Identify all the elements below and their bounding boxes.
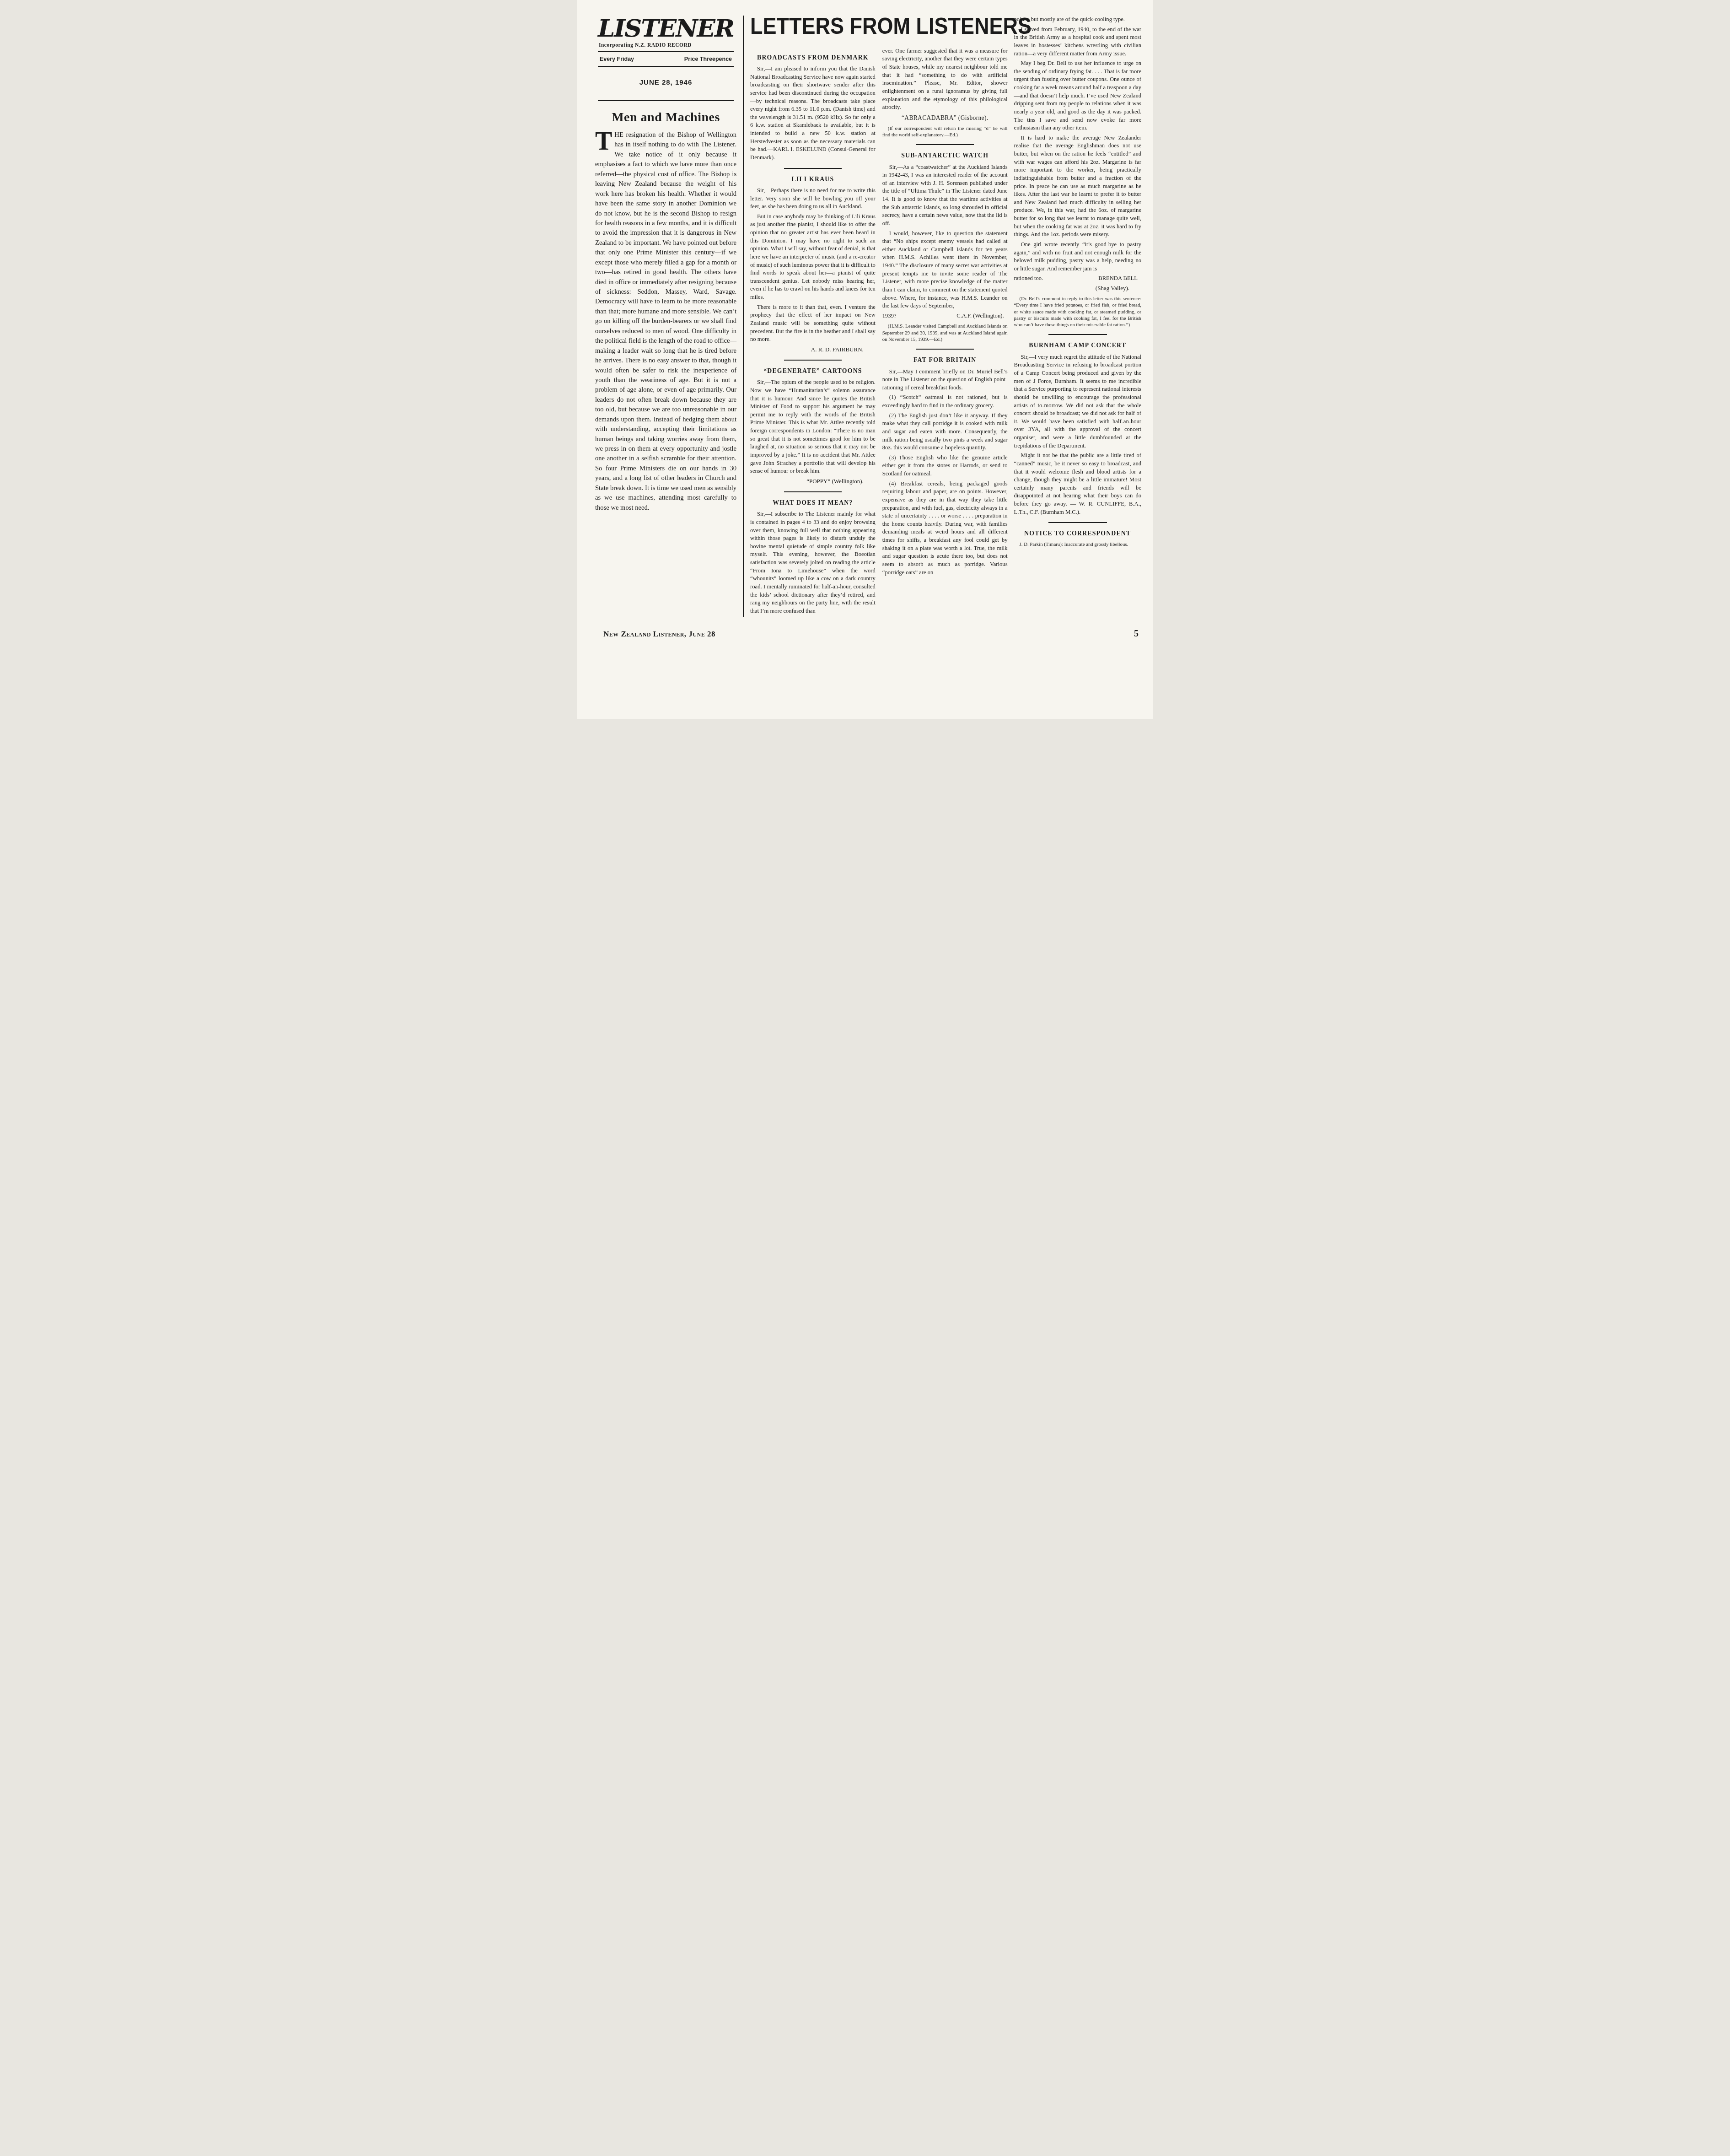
letter-paragraph: It is hard to make the average New Zeala… bbox=[1014, 134, 1141, 239]
letter-paragraph: Sir,—I subscribe to The Listener mainly … bbox=[750, 510, 876, 615]
page-number: 5 bbox=[1134, 629, 1141, 639]
letter-paragraph: But in case anybody may be thinking of L… bbox=[750, 213, 876, 302]
letter-paragraph: Sir,—May I comment briefly on Dr. Muriel… bbox=[882, 368, 1008, 392]
signature: “POPPY” (Wellington). bbox=[750, 477, 876, 485]
column-4: points, but mostly are of the quick-cool… bbox=[1014, 16, 1141, 617]
letter-paragraph: Sir,—Perhaps there is no need for me to … bbox=[750, 187, 876, 211]
masthead-frequency-price-row: Every Friday Price Threepence bbox=[598, 52, 734, 66]
section-heading: BROADCASTS FROM DENMARK bbox=[750, 53, 876, 62]
letter-paragraph: There is more to it than that, even. I v… bbox=[750, 303, 876, 344]
signature-line-left: 1939? bbox=[882, 312, 897, 320]
page-footer: New Zealand Listener, June 28 5 bbox=[595, 629, 1141, 639]
divider-rule bbox=[1048, 334, 1107, 335]
editorial-body: THE resignation of the Bishop of Welling… bbox=[595, 130, 736, 513]
divider-rule bbox=[784, 168, 842, 169]
divider-rule bbox=[916, 349, 974, 350]
section-heading: LILI KRAUS bbox=[750, 175, 876, 183]
section-heading: SUB-ANTARCTIC WATCH bbox=[882, 151, 1008, 160]
masthead-subtitle: Incorporating N.Z. RADIO RECORD bbox=[599, 43, 734, 48]
letter-paragraph: Sir,—I am pleased to inform you that the… bbox=[750, 65, 876, 162]
letter-paragraph: (3) Those English who like the genuine a… bbox=[882, 454, 1008, 478]
masthead-rule bbox=[598, 100, 734, 101]
editor-note: (Dr. Bell’s comment in reply to this let… bbox=[1014, 296, 1141, 328]
letter-paragraph: Sir,—I very much regret the attitude of … bbox=[1014, 353, 1141, 450]
column-1: LISTENER Incorporating N.Z. RADIO RECORD… bbox=[595, 16, 744, 617]
signature-line: 1939?C.A.F. (Wellington). bbox=[882, 312, 1008, 320]
letters-region: LETTERS FROM LISTENERS BROADCASTS FROM D… bbox=[750, 16, 1141, 617]
editorial-text: HE resignation of the Bishop of Wellingt… bbox=[595, 131, 736, 512]
mid-columns: BROADCASTS FROM DENMARKSir,—I am pleased… bbox=[750, 47, 1007, 617]
divider-rule bbox=[1048, 522, 1107, 523]
section-heading: WHAT DOES IT MEAN? bbox=[750, 498, 876, 507]
letter-paragraph: Sir,—As a “coastwatcher” at the Auckland… bbox=[882, 163, 1008, 228]
letter-paragraph: Sir,—The opium of the people used to be … bbox=[750, 378, 876, 475]
masthead-frequency: Every Friday bbox=[600, 56, 634, 62]
masthead: LISTENER Incorporating N.Z. RADIO RECORD… bbox=[595, 16, 736, 101]
divider-rule bbox=[916, 144, 974, 145]
divider-rule bbox=[784, 360, 842, 361]
letter-paragraph: (4) Breakfast cereals, being packaged go… bbox=[882, 480, 1008, 577]
masthead-title: LISTENER bbox=[598, 16, 734, 41]
letter-paragraph: Might it not be that the public are a li… bbox=[1014, 452, 1141, 516]
signature-line-left: rationed too. bbox=[1014, 275, 1043, 283]
letter-paragraph: (2) The English just don’t like it anywa… bbox=[882, 412, 1008, 452]
editor-note: (If our correspondent will return the mi… bbox=[882, 125, 1008, 139]
newspaper-page: LISTENER Incorporating N.Z. RADIO RECORD… bbox=[577, 0, 1153, 719]
section-heading: “DEGENERATE” CARTOONS bbox=[750, 367, 876, 375]
section-heading: FAT FOR BRITAIN bbox=[882, 356, 1008, 364]
masthead-date: JUNE 28, 1946 bbox=[598, 79, 734, 86]
editor-note: (H.M.S. Leander visited Campbell and Auc… bbox=[882, 323, 1008, 343]
signature: A. R. D. FAIRBURN. bbox=[750, 345, 876, 354]
signature-line-right: C.A.F. (Wellington). bbox=[956, 312, 1004, 320]
letter-paragraph: ever. One farmer suggested that it was a… bbox=[882, 47, 1008, 112]
editor-note: J. D. Parkin (Timaru): Inaccurate and gr… bbox=[1014, 541, 1141, 548]
signature-line-right: BRENDA BELL bbox=[1098, 275, 1138, 283]
section-heading: NOTICE TO CORRESPONDENT bbox=[1014, 529, 1141, 538]
section-heading: BURNHAM CAMP CONCERT bbox=[1014, 341, 1141, 350]
letter-paragraph: One girl wrote recently “it’s good-bye t… bbox=[1014, 241, 1141, 273]
masthead-price: Price Threepence bbox=[684, 56, 732, 62]
editorial-title: Men and Machines bbox=[595, 110, 736, 125]
column-3: ever. One farmer suggested that it was a… bbox=[882, 47, 1008, 617]
letter-paragraph: I served from February, 1940, to the end… bbox=[1014, 26, 1141, 58]
divider-rule bbox=[784, 491, 842, 492]
signature: “ABRACADABRA” (Gisborne). bbox=[882, 113, 1008, 122]
footer-title: New Zealand Listener, June 28 bbox=[603, 630, 715, 639]
letter-paragraph: (1) “Scotch” oatmeal is not rationed, bu… bbox=[882, 393, 1008, 410]
letter-paragraph: May I beg Dr. Bell to use her influence … bbox=[1014, 59, 1141, 132]
signature: (Shag Valley). bbox=[1014, 284, 1141, 292]
letter-paragraph: points, but mostly are of the quick-cool… bbox=[1014, 16, 1141, 24]
letters-headline: LETTERS FROM LISTENERS bbox=[750, 16, 1007, 38]
letter-paragraph: I would, however, like to question the s… bbox=[882, 230, 1008, 310]
signature-line: rationed too.BRENDA BELL bbox=[1014, 275, 1141, 283]
column-2: BROADCASTS FROM DENMARKSir,—I am pleased… bbox=[750, 47, 876, 617]
letters-mid-region: LETTERS FROM LISTENERS BROADCASTS FROM D… bbox=[750, 16, 1007, 617]
masthead-rule bbox=[598, 66, 734, 67]
editorial-dropcap: T bbox=[595, 130, 614, 152]
columns-wrapper: LISTENER Incorporating N.Z. RADIO RECORD… bbox=[595, 16, 1141, 617]
